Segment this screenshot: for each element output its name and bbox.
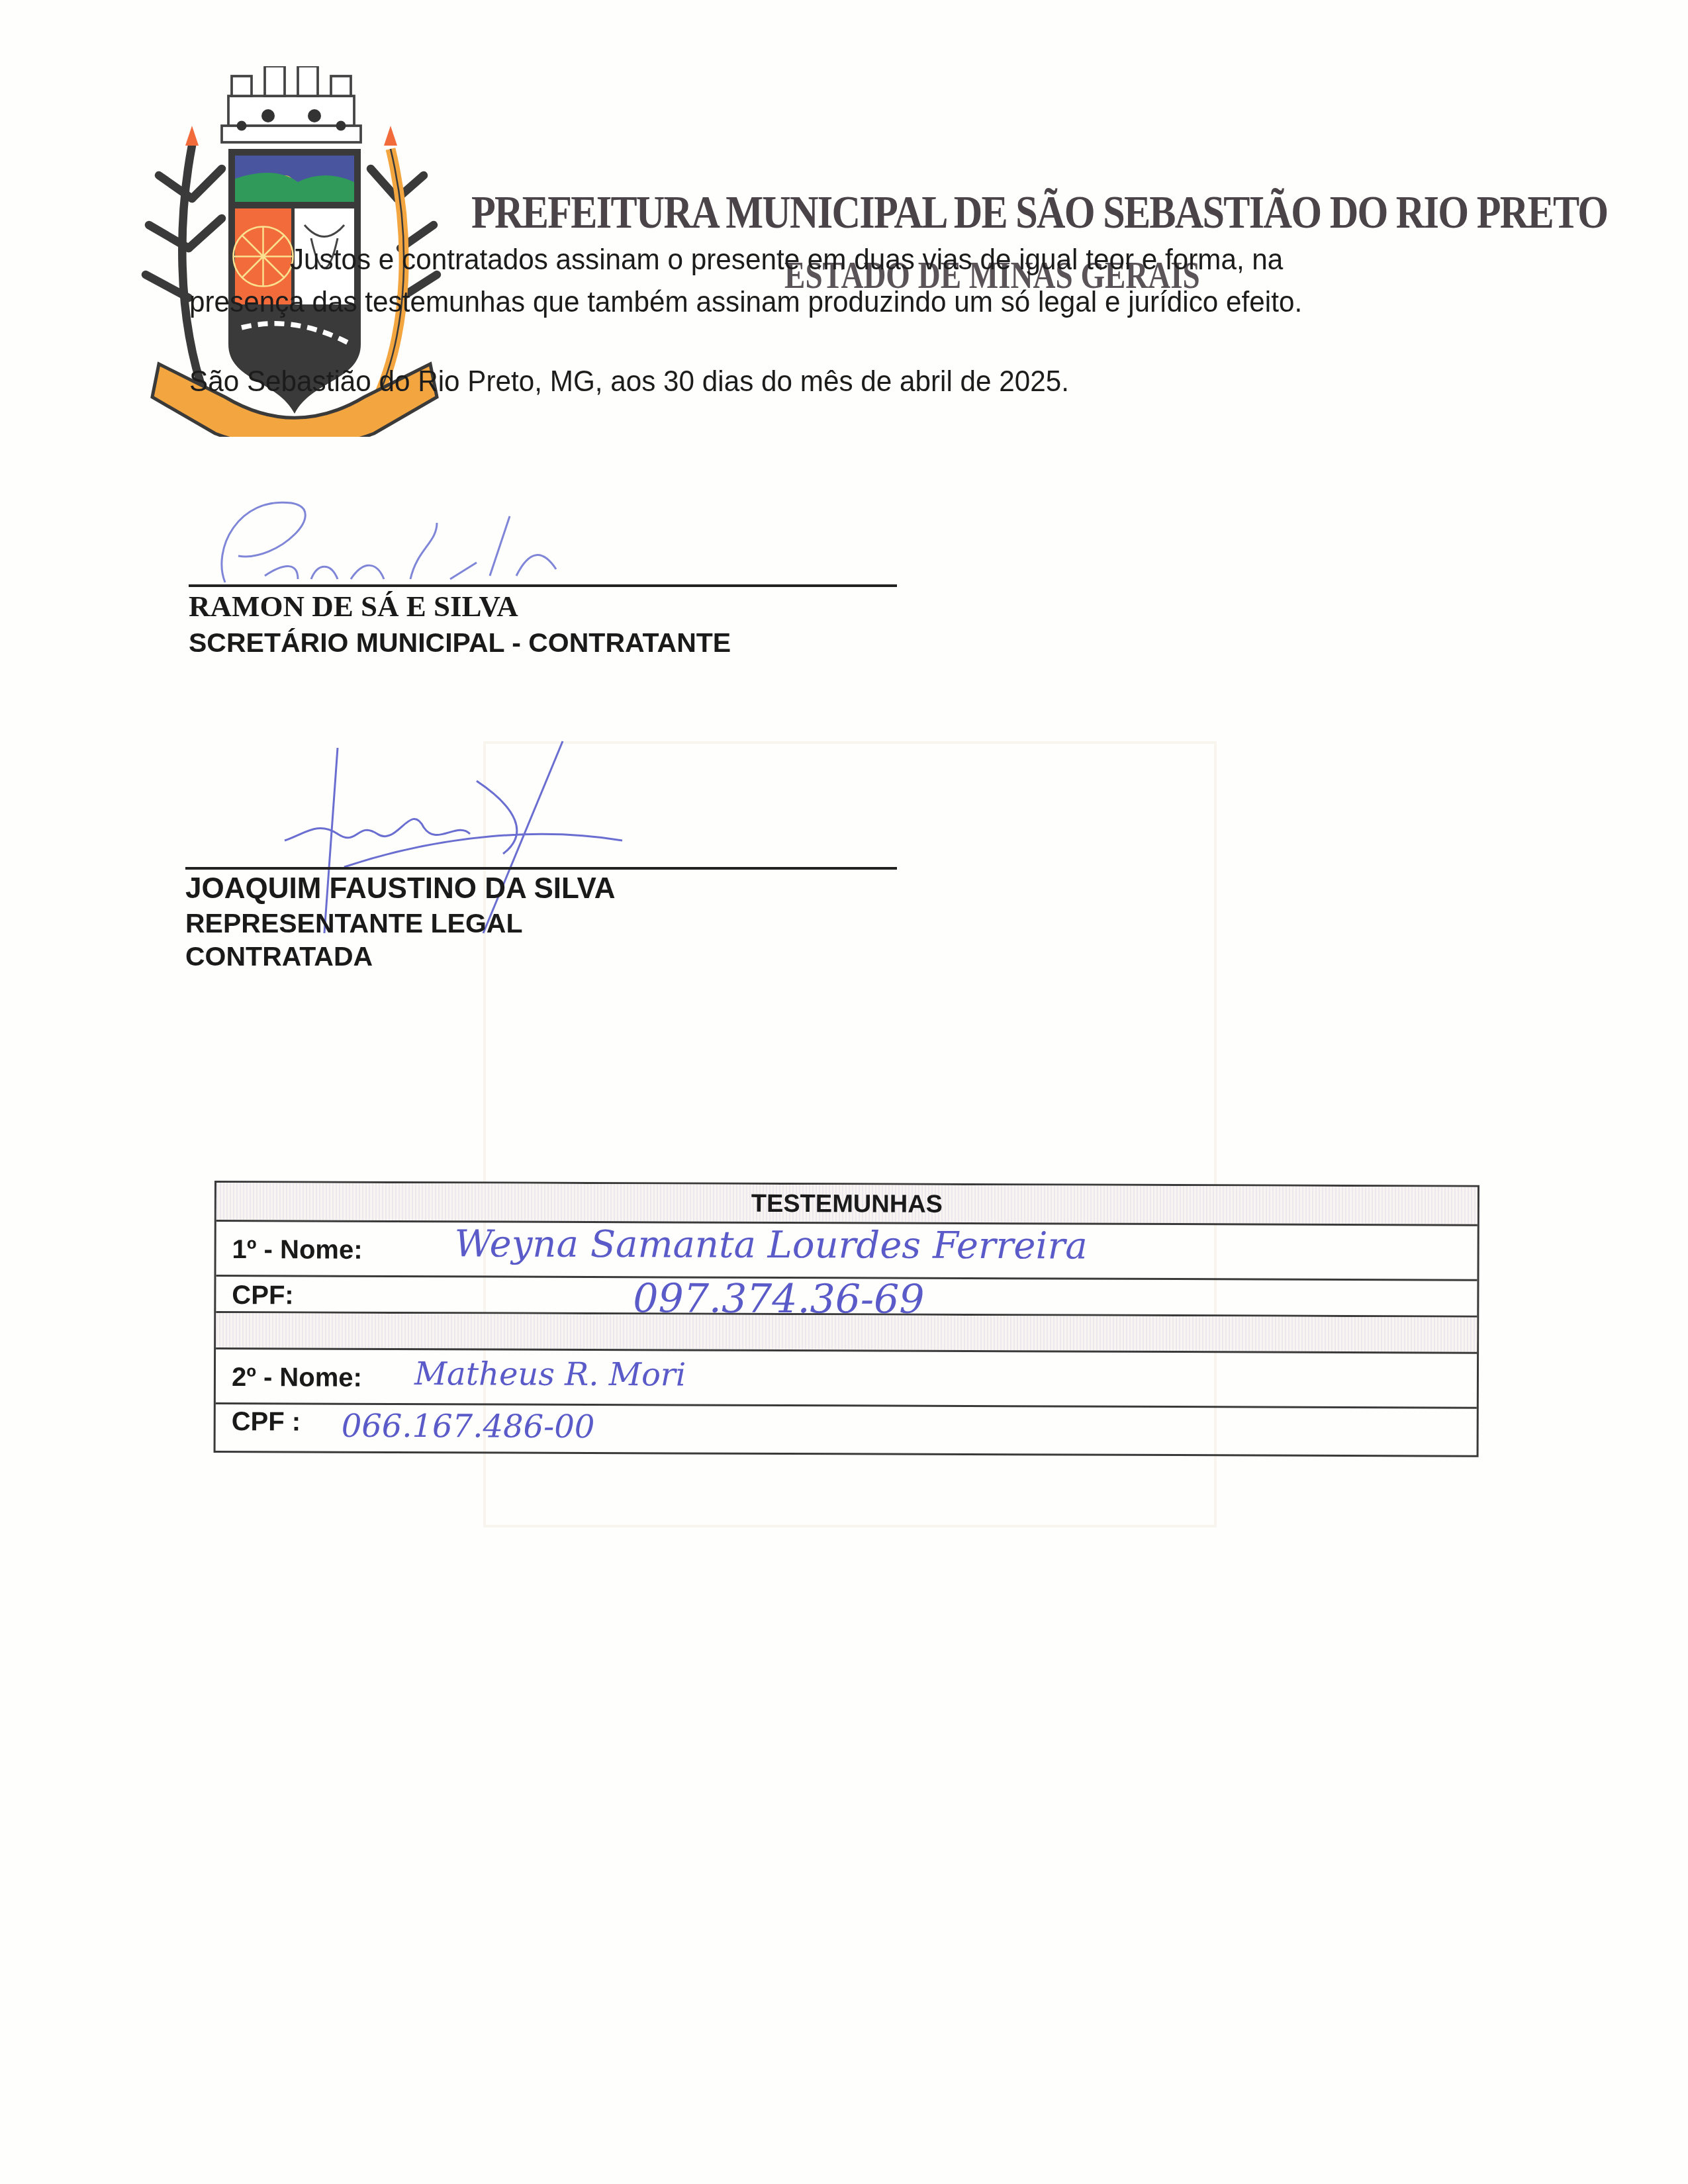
signature-line-2: [185, 867, 897, 870]
closing-paragraph-line2: presença das testemunhas que também assi…: [189, 286, 1302, 319]
witness-1-name-row: 1º - Nome: Weyna Samanta Lourdes Ferreir…: [216, 1222, 1477, 1281]
signatory-1-role: SCRETÁRIO MUNICIPAL - CONTRATANTE: [189, 627, 731, 659]
place-date-line: São Sebastião do Rio Preto, MG, aos 30 d…: [189, 365, 1069, 398]
header-title: PREFEITURA MUNICIPAL DE SÃO SEBASTIÃO DO…: [471, 187, 1607, 240]
signature-line-1: [189, 584, 897, 587]
signatory-2-role-line1: REPRESENTANTE LEGAL: [185, 908, 523, 939]
witnesses-title: TESTEMUNHAS: [216, 1183, 1477, 1226]
signatory-2-role-line2: CONTRATADA: [185, 941, 373, 972]
witness-2-name-label: 2º - Nome:: [232, 1363, 362, 1393]
witnesses-table: TESTEMUNHAS 1º - Nome: Weyna Samanta Lou…: [214, 1181, 1479, 1457]
witness-2-cpf-row: CPF : 066.167.486-00: [216, 1404, 1477, 1451]
witness-2-name-value: Matheus R. Mori: [414, 1355, 686, 1393]
witness-1-cpf-row: CPF: 097.374.36-69: [216, 1277, 1477, 1318]
signatory-1-name: RAMON DE SÁ E SILVA: [189, 589, 518, 623]
witness-2-cpf-value: 066.167.486-00: [342, 1408, 595, 1445]
signatory-2-name: JOAQUIM FAUSTINO DA SILVA: [185, 872, 615, 905]
witness-1-name-value: Weyna Samanta Lourdes Ferreira: [455, 1222, 1088, 1267]
witness-2-cpf-label: CPF :: [232, 1407, 301, 1437]
spacer-row: [216, 1313, 1477, 1354]
witness-1-name-label: 1º - Nome:: [232, 1235, 363, 1265]
witness-2-name-row: 2º - Nome: Matheus R. Mori: [216, 1349, 1477, 1409]
closing-paragraph-line1: Justos e contratados assinam o presente …: [290, 244, 1283, 277]
witness-1-cpf-label: CPF:: [232, 1281, 293, 1310]
signature-ramon: [199, 483, 728, 589]
